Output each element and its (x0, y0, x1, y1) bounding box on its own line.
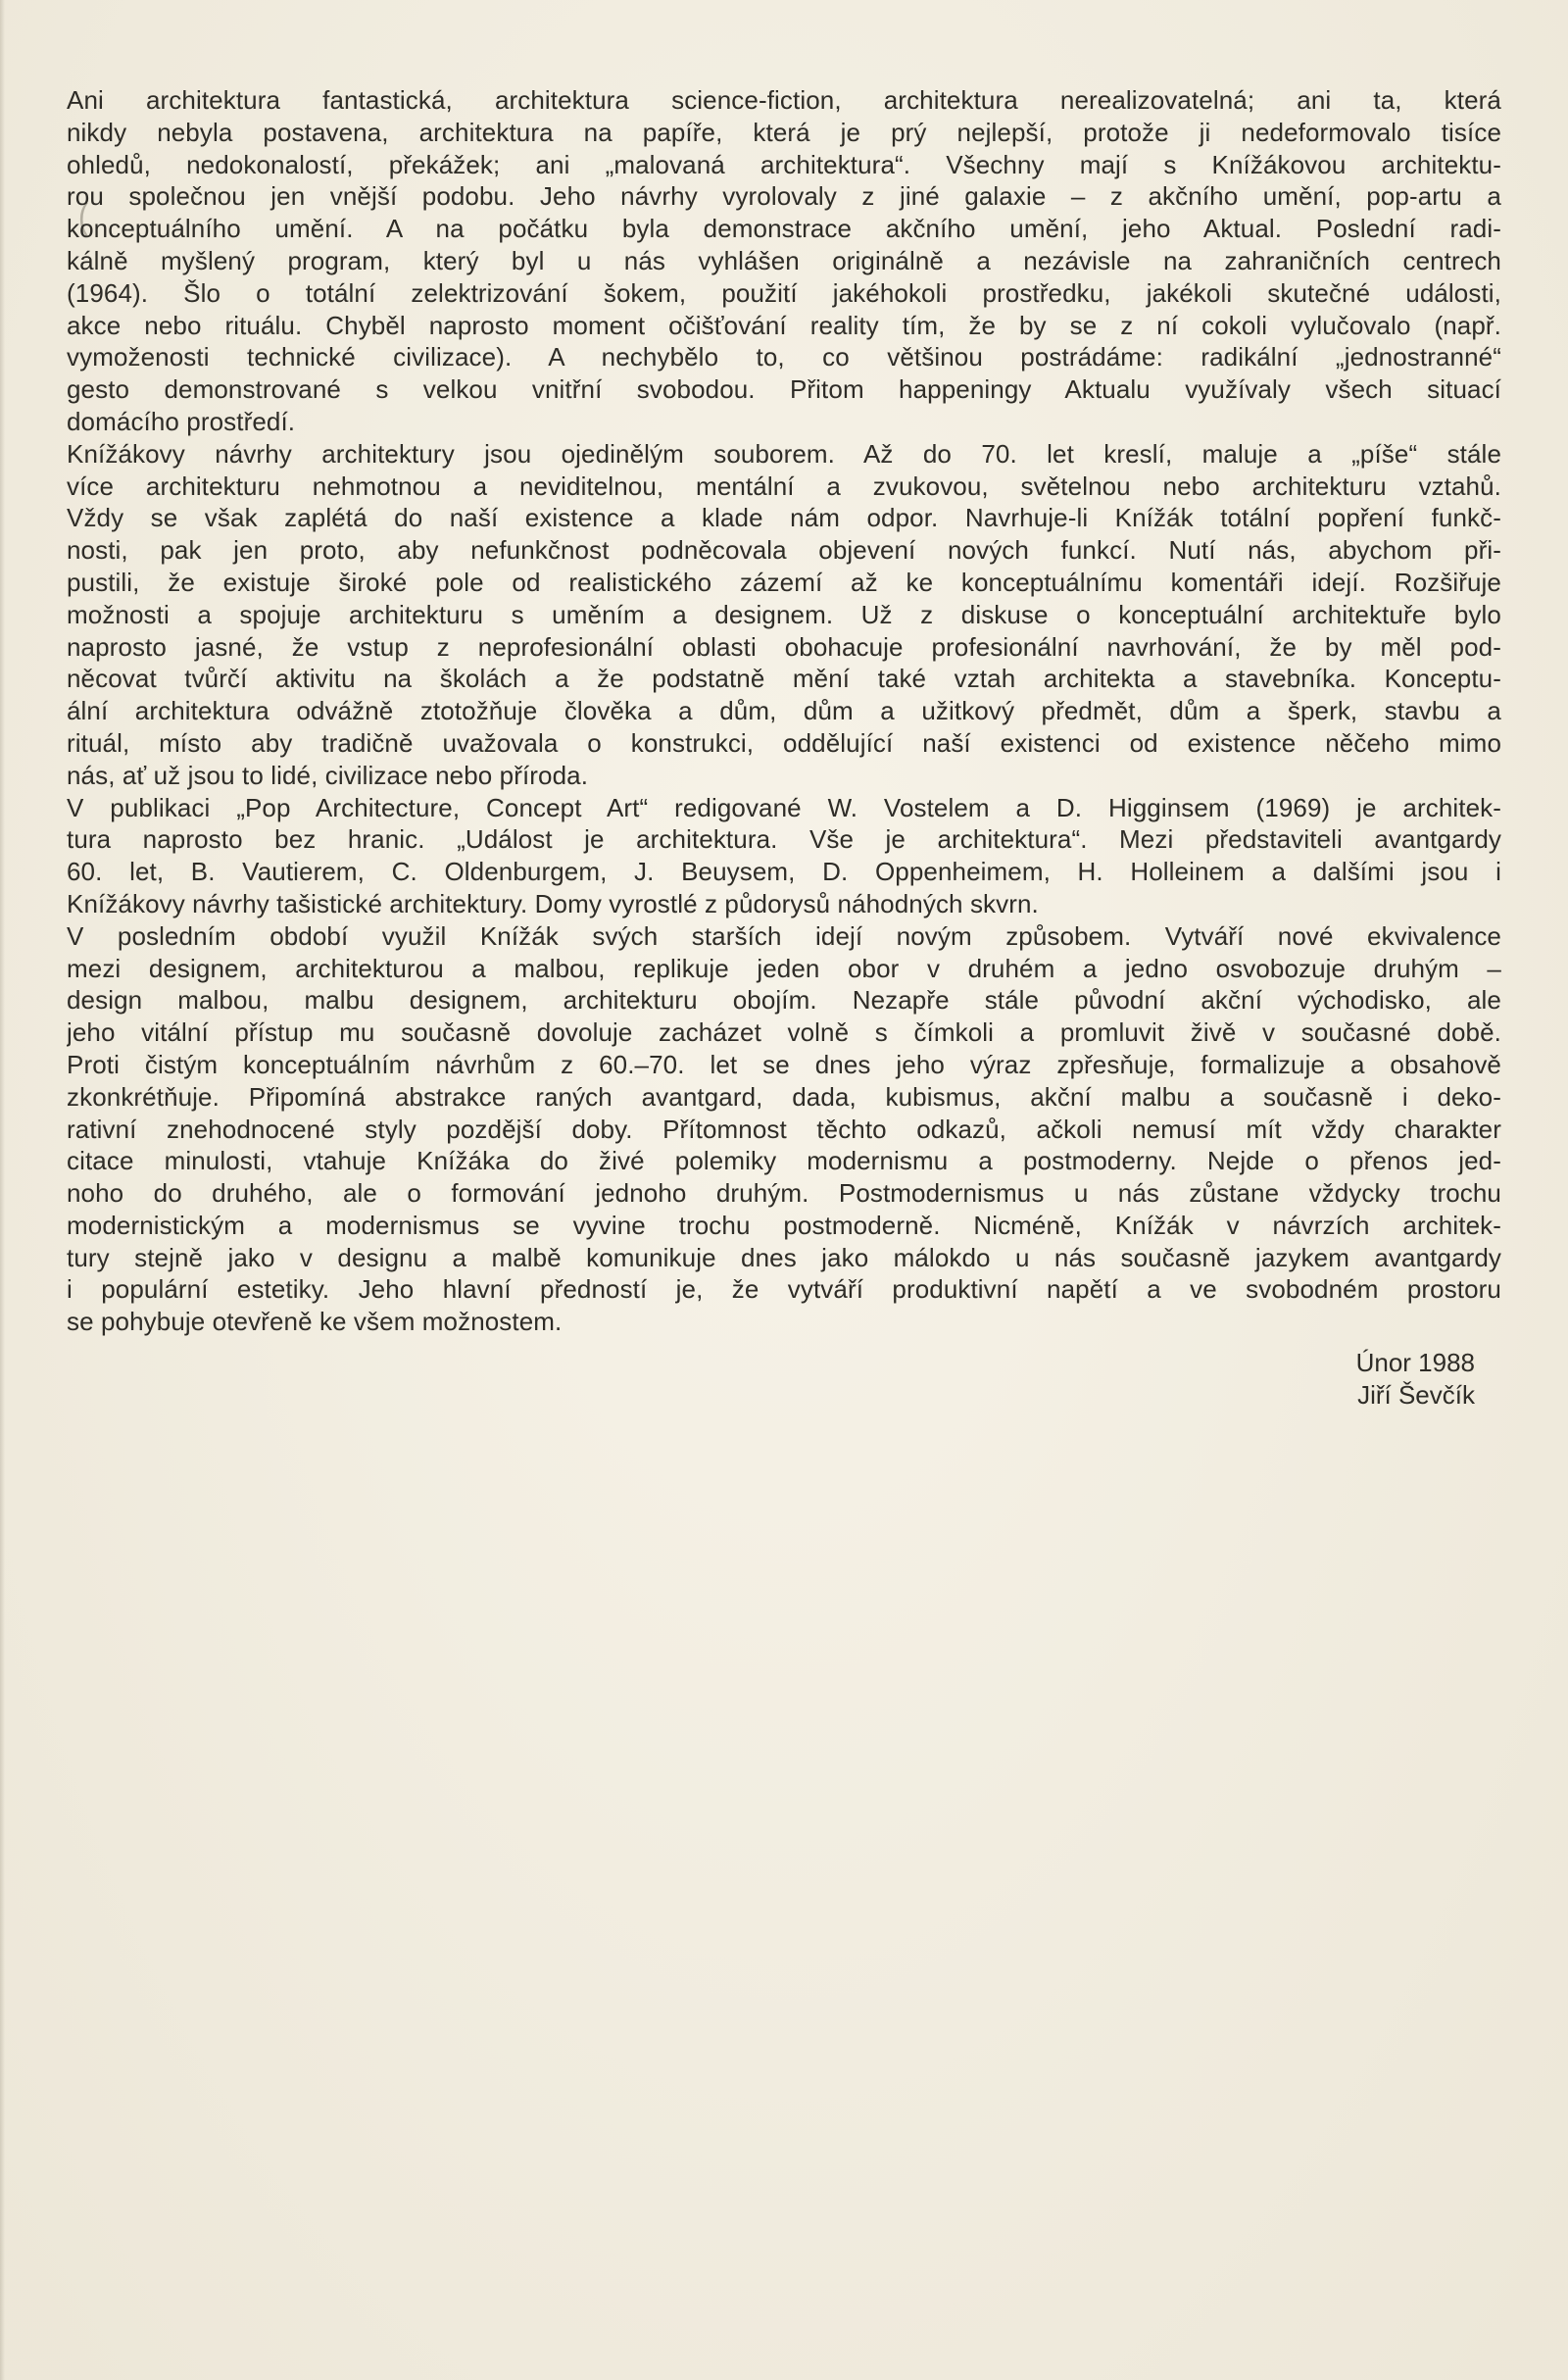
text-line: jeho vitální přístup mu současně dovoluj… (67, 1016, 1501, 1049)
text-line: Ani architektura fantastická, architektu… (67, 84, 1501, 117)
text-line: něcovat tvůrčí aktivitu na školách a že … (67, 663, 1501, 695)
text-line: V publikaci „Pop Architecture, Concept A… (67, 792, 1501, 824)
text-line: rativní znehodnocené styly pozdější doby… (67, 1114, 1501, 1146)
text-line: 60. let, B. Vautierem, C. Oldenburgem, J… (67, 856, 1501, 888)
text-line: se pohybuje otevřeně ke všem možnostem. (67, 1306, 1501, 1338)
text-line: více architekturu nehmotnou a neviditeln… (67, 471, 1501, 503)
text-line: tura naprosto bez hranic. „Událost je ar… (67, 823, 1501, 856)
text-line: nosti, pak jen proto, aby nefunkčnost po… (67, 534, 1501, 567)
text-line: Knížákovy návrhy tašistické architektury… (67, 888, 1501, 920)
paragraph: V posledním období využil Knížák svých s… (67, 920, 1501, 1338)
text-line: zkonkrétňuje. Připomíná abstrakce raných… (67, 1081, 1501, 1114)
signature-date: Únor 1988 (1356, 1347, 1475, 1379)
text-line: ohledů, nedokonalostí, překážek; ani „ma… (67, 149, 1501, 181)
signature-block: Únor 1988 Jiří Ševčík (1356, 1347, 1475, 1412)
text-line: citace minulosti, vtahuje Knížáka do živ… (67, 1145, 1501, 1177)
text-line: gesto demonstrované s velkou vnitřní svo… (67, 373, 1501, 406)
text-line: nás, ať už jsou to lidé, civilizace nebo… (67, 760, 1501, 792)
text-block: Ani architektura fantastická, architektu… (67, 84, 1501, 1338)
text-line: pustili, že existuje široké pole od real… (67, 567, 1501, 599)
text-line: (1964). Šlo o totální zelektrizování šok… (67, 277, 1501, 310)
text-line: modernistickým a modernismus se vyvine t… (67, 1210, 1501, 1242)
text-line: akce nebo rituálu. Chyběl naprosto momen… (67, 310, 1501, 342)
paragraph: V publikaci „Pop Architecture, Concept A… (67, 792, 1501, 920)
text-line: naprosto jasné, že vstup z neprofesionál… (67, 631, 1501, 664)
text-line: mezi designem, architekturou a malbou, r… (67, 953, 1501, 985)
text-line: i populární estetiky. Jeho hlavní předno… (67, 1273, 1501, 1306)
text-line: Proti čistým konceptuálním návrhům z 60.… (67, 1049, 1501, 1081)
text-line: V posledním období využil Knížák svých s… (67, 920, 1501, 953)
text-line: tury stejně jako v designu a malbě komun… (67, 1242, 1501, 1274)
text-line: rituál, místo aby tradičně uvažovala o k… (67, 727, 1501, 760)
text-line: design malbou, malbu designem, architekt… (67, 984, 1501, 1016)
text-line: domácího prostředí. (67, 406, 1501, 438)
text-line: vymoženosti technické civilizace). A nec… (67, 341, 1501, 373)
text-line: Vždy se však zaplétá do naší existence a… (67, 502, 1501, 534)
text-line: kálně myšlený program, který byl u nás v… (67, 245, 1501, 277)
text-line: možnosti a spojuje architekturu s uměním… (67, 599, 1501, 631)
text-line: nikdy nebyla postavena, architektura na … (67, 117, 1501, 149)
text-line: rou společnou jen vnější podobu. Jeho ná… (67, 180, 1501, 213)
text-line: ální architektura odvážně ztotožňuje člo… (67, 695, 1501, 727)
text-line: konceptuálního umění. A na počátku byla … (67, 213, 1501, 245)
signature-author: Jiří Ševčík (1356, 1379, 1475, 1412)
scanned-page: ( Ani architektura fantastická, architek… (0, 0, 1568, 2380)
text-line: noho do druhého, ale o formování jednoho… (67, 1177, 1501, 1210)
text-line: Knížákovy návrhy architektury jsou ojedi… (67, 438, 1501, 471)
paragraph: Ani architektura fantastická, architektu… (67, 84, 1501, 438)
paragraph: Knížákovy návrhy architektury jsou ojedi… (67, 438, 1501, 792)
